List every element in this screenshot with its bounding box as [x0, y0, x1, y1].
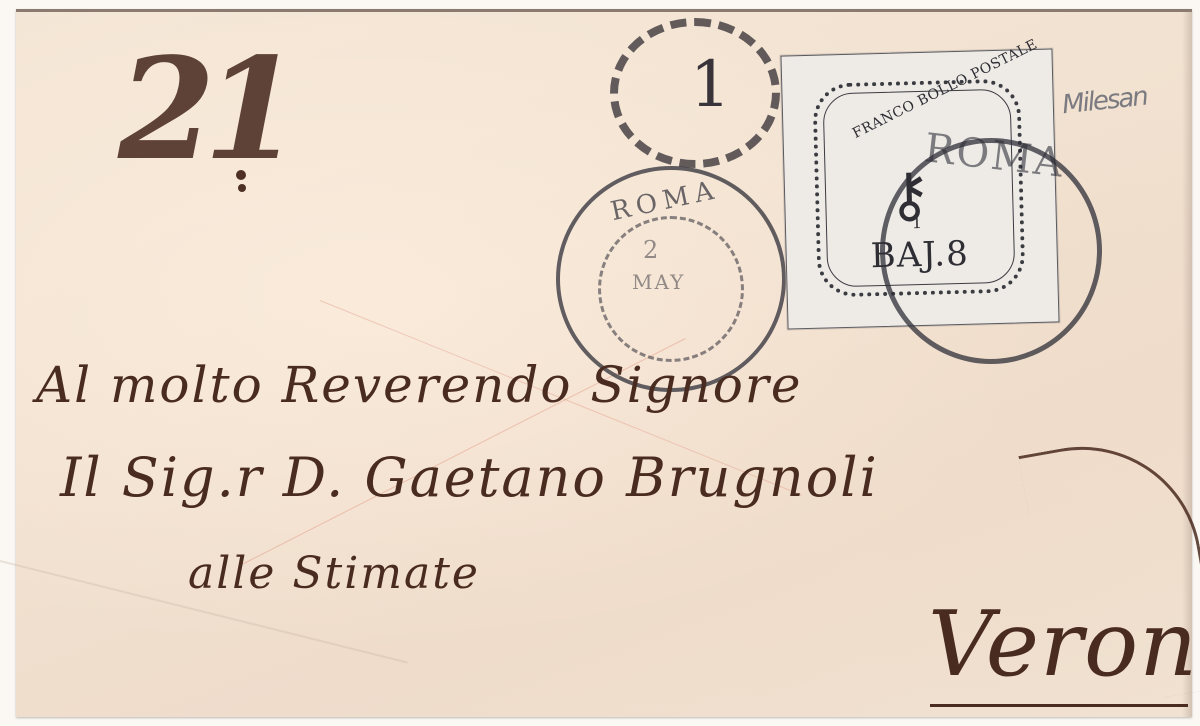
address-line-2: Il Sig.r D. Gaetano Brugnoli	[60, 446, 879, 509]
address-line-3: alle Stimate	[188, 548, 480, 599]
address-city: Verona	[928, 592, 1200, 697]
rate-marking-dot	[238, 184, 246, 192]
address-line-1: Al molto Reverendo Signore	[36, 356, 802, 414]
rate-marking-dot	[236, 170, 246, 180]
city-datestamp-month: MAY	[632, 270, 685, 294]
city-datestamp-day: 2	[643, 236, 658, 264]
city-underline	[930, 704, 1188, 707]
rate-marking: 21	[118, 40, 289, 180]
numeral-postmark-text: 1	[690, 48, 731, 122]
stamp-cancel-ring	[880, 138, 1102, 364]
